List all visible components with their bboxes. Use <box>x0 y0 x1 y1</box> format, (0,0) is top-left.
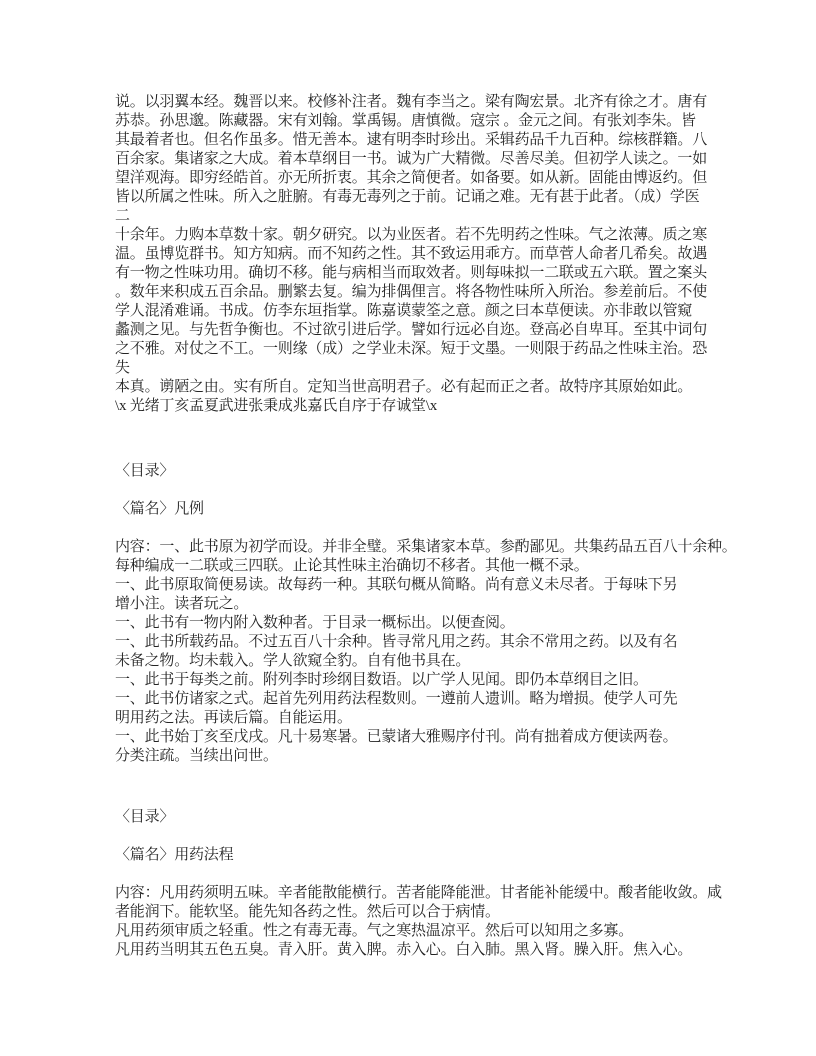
section-body: 内容：凡用药须明五味。辛者能散能横行。苦者能降能泄。甘者能补能缓中。酸者能收敛。… <box>115 884 723 960</box>
text-line: 苏恭。孙思邈。陈藏器。宋有刘翰。掌禹锡。唐慎微。寇宗 。金元之间。有张刘李朱。皆 <box>115 112 723 131</box>
text-line: 内容：一、此书原为初学而设。并非全璧。采集诸家本草。参酌鄙见。共集药品五百八十余… <box>115 538 723 557</box>
text-line: 每种编成一二联或三四联。止论其性味主治确切不移者。其他一概不录。 <box>115 557 723 576</box>
text-line: 一、此书原取简便易读。故每药一种。其联句概从简略。尚有意义未尽者。于每味下另 <box>115 576 723 595</box>
text-line: 其最着者也。但名作虽多。惜无善本。逮有明李时珍出。采辑药品千九百种。综核群籍。八 <box>115 131 723 150</box>
text-line: 失 <box>115 359 723 378</box>
section-title-text: 〈篇名〉凡例 <box>115 500 723 519</box>
text-line: 一、此书于每类之前。附列李时珍纲目数语。以广学人见闻。即仍本草纲目之旧。 <box>115 671 723 690</box>
section-title-text: 〈篇名〉用药法程 <box>115 846 723 865</box>
text-line: 温。虽博览群书。知方知病。而不知药之性。其不致运用乖方。而草菅人命者几希矣。故遇 <box>115 245 723 264</box>
text-line: 。数年来积成五百余品。删繁去复。编为排偶俚言。将各物性味所入所治。参差前后。不使 <box>115 283 723 302</box>
section-body: 内容：一、此书原为初学而设。并非全璧。采集诸家本草。参酌鄙见。共集药品五百八十余… <box>115 538 723 766</box>
toc-marker: 〈目录〉 <box>115 808 723 827</box>
text-line: 之不雅。对仗之不工。一则缘（成）之学业未深。短于文墨。一则限于药品之性味主治。恐 <box>115 340 723 359</box>
text-line: 百余家。集诸家之大成。着本草纲目一书。诚为广大精微。尽善尽美。但初学人读之。一如 <box>115 150 723 169</box>
text-line: 一、此书始丁亥至戊戌。凡十易寒暑。已蒙诸大雅赐序付刊。尚有拙着成方便读两卷。 <box>115 728 723 747</box>
preface-paragraph: 说。以羽翼本经。魏晋以来。校修补注者。魏有李当之。梁有陶宏景。北齐有徐之才。唐有… <box>115 93 723 416</box>
toc-label: 〈目录〉 <box>115 462 723 481</box>
text-line: 未备之物。均未载入。学人欲窥全豹。自有他书具在。 <box>115 652 723 671</box>
text-line: 者能润下。能软坚。能先知各药之性。然后可以合于病情。 <box>115 903 723 922</box>
text-line: 分类注疏。当续出问世。 <box>115 747 723 766</box>
toc-label: 〈目录〉 <box>115 808 723 827</box>
text-line: 一、此书有一物内附入数种者。于目录一概标出。以便查阅。 <box>115 614 723 633</box>
text-line: 有一物之性味功用。确切不移。能与病相当而取效者。则每味拟一二联或五六联。置之案头 <box>115 264 723 283</box>
text-line: 增小注。读者玩之。 <box>115 595 723 614</box>
text-line: 凡用药当明其五色五臭。青入肝。黄入脾。赤入心。白入肺。黑入肾。臊入肝。焦入心。 <box>115 941 723 960</box>
signature-line: \x 光绪丁亥孟夏武进张秉成兆嘉氏自序于存诚堂\x <box>115 397 723 416</box>
text-line: 说。以羽翼本经。魏晋以来。校修补注者。魏有李当之。梁有陶宏景。北齐有徐之才。唐有 <box>115 93 723 112</box>
text-line: 一、此书仿诸家之式。起首先列用药法程数则。一遵前人遗训。略为增损。使学人可先 <box>115 690 723 709</box>
text-line: 学人混淆难诵。书成。仿李东垣指掌。陈嘉谟蒙筌之意。颜之曰本草便读。亦非敢以管窥 <box>115 302 723 321</box>
toc-marker: 〈目录〉 <box>115 462 723 481</box>
text-line: 二 <box>115 207 723 226</box>
section-title: 〈篇名〉用药法程 <box>115 846 723 865</box>
text-line: 望洋观海。即穷经皓首。亦无所折衷。其余之简便者。如备要。如从新。固能由博返约。但 <box>115 169 723 188</box>
text-line: 蠡测之见。与先哲争衡也。不过欲引进后学。譬如行远必自迩。登高必自卑耳。至其中词句 <box>115 321 723 340</box>
text-line: 一、此书所载药品。不过五百八十余种。皆寻常凡用之药。其余不常用之药。以及有名 <box>115 633 723 652</box>
text-line: 内容：凡用药须明五味。辛者能散能横行。苦者能降能泄。甘者能补能缓中。酸者能收敛。… <box>115 884 723 903</box>
text-line: 皆以所属之性味。所入之脏腑。有毒无毒列之于前。记诵之难。无有甚于此者。（成）学医 <box>115 188 723 207</box>
document-page: 说。以羽翼本经。魏晋以来。校修补注者。魏有李当之。梁有陶宏景。北齐有徐之才。唐有… <box>0 0 816 1056</box>
text-line: 十余年。力购本草数十家。朝夕研究。以为业医者。若不先明药之性味。气之浓薄。质之寒 <box>115 226 723 245</box>
text-line: 凡用药须审质之轻重。性之有毒无毒。气之寒热温凉平。然后可以知用之多寡。 <box>115 922 723 941</box>
text-line: 本真。谫陋之由。实有所自。定知当世高明君子。必有起而正之者。故特序其原始如此。 <box>115 378 723 397</box>
section-title: 〈篇名〉凡例 <box>115 500 723 519</box>
text-line: 明用药之法。再读后篇。自能运用。 <box>115 709 723 728</box>
